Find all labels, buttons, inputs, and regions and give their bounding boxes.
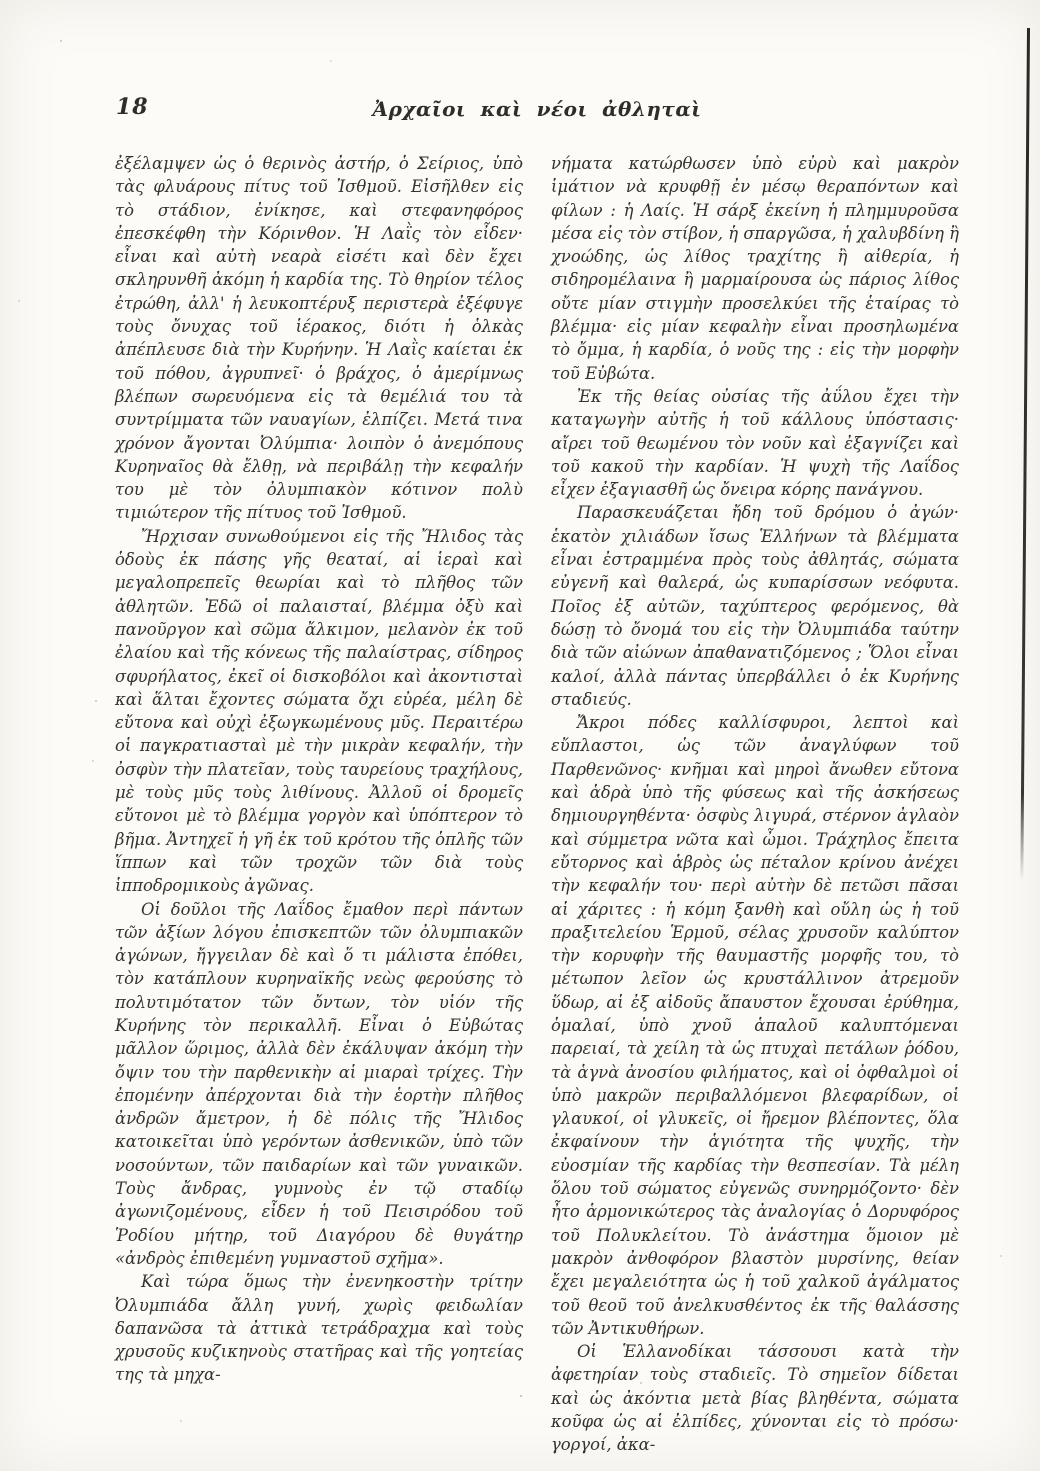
scanned-page: 18 Ἀρχαῖοι καὶ νέοι ἀθληταὶ ἐξέλαμψεν ὡς… bbox=[0, 0, 1040, 1471]
text-columns: ἐξέλαμψεν ὡς ὁ θερινὸς ἀστήρ, ὁ Σείριος,… bbox=[115, 152, 959, 1457]
body-paragraph: Ἄκροι πόδες καλλίσφυροι, λεπτοὶ καὶ εὔπλ… bbox=[551, 711, 959, 1340]
body-paragraph: Οἱ δοῦλοι τῆς Λαΐδος ἔμαθον περὶ πάντων … bbox=[115, 898, 523, 1271]
body-paragraph: Καὶ τώρα ὅμως τὴν ἐνενηκοστὴν τρίτην Ὀλυ… bbox=[115, 1270, 523, 1386]
scan-noise bbox=[0, 0, 2, 2]
scan-artifact-line bbox=[1020, 28, 1030, 880]
body-paragraph: Ἐκ τῆς θείας οὐσίας τῆς ἀΰλου ἔχει τὴν κ… bbox=[551, 385, 959, 501]
right-column: νήματα κατώρθωσεν ὑπὸ εὐρὺ καὶ μακρὸν ἱμ… bbox=[551, 152, 959, 1457]
body-paragraph: Παρασκευάζεται ἤδη τοῦ δρόμου ὁ ἀγών· ἑκ… bbox=[551, 501, 959, 711]
body-paragraph: νήματα κατώρθωσεν ὑπὸ εὐρὺ καὶ μακρὸν ἱμ… bbox=[551, 152, 959, 385]
body-paragraph: Ἤρχισαν συνωθούμενοι εἰς τῆς Ἤλιδος τὰς … bbox=[115, 525, 523, 898]
body-paragraph: ἐξέλαμψεν ὡς ὁ θερινὸς ἀστήρ, ὁ Σείριος,… bbox=[115, 152, 523, 525]
left-column: ἐξέλαμψεν ὡς ὁ θερινὸς ἀστήρ, ὁ Σείριος,… bbox=[115, 152, 523, 1457]
running-header: Ἀρχαῖοι καὶ νέοι ἀθληταὶ bbox=[115, 97, 959, 121]
body-paragraph: Οἱ Ἑλλανοδίκαι τάσσουσι κατὰ τὴν ἀφετηρί… bbox=[551, 1340, 959, 1456]
